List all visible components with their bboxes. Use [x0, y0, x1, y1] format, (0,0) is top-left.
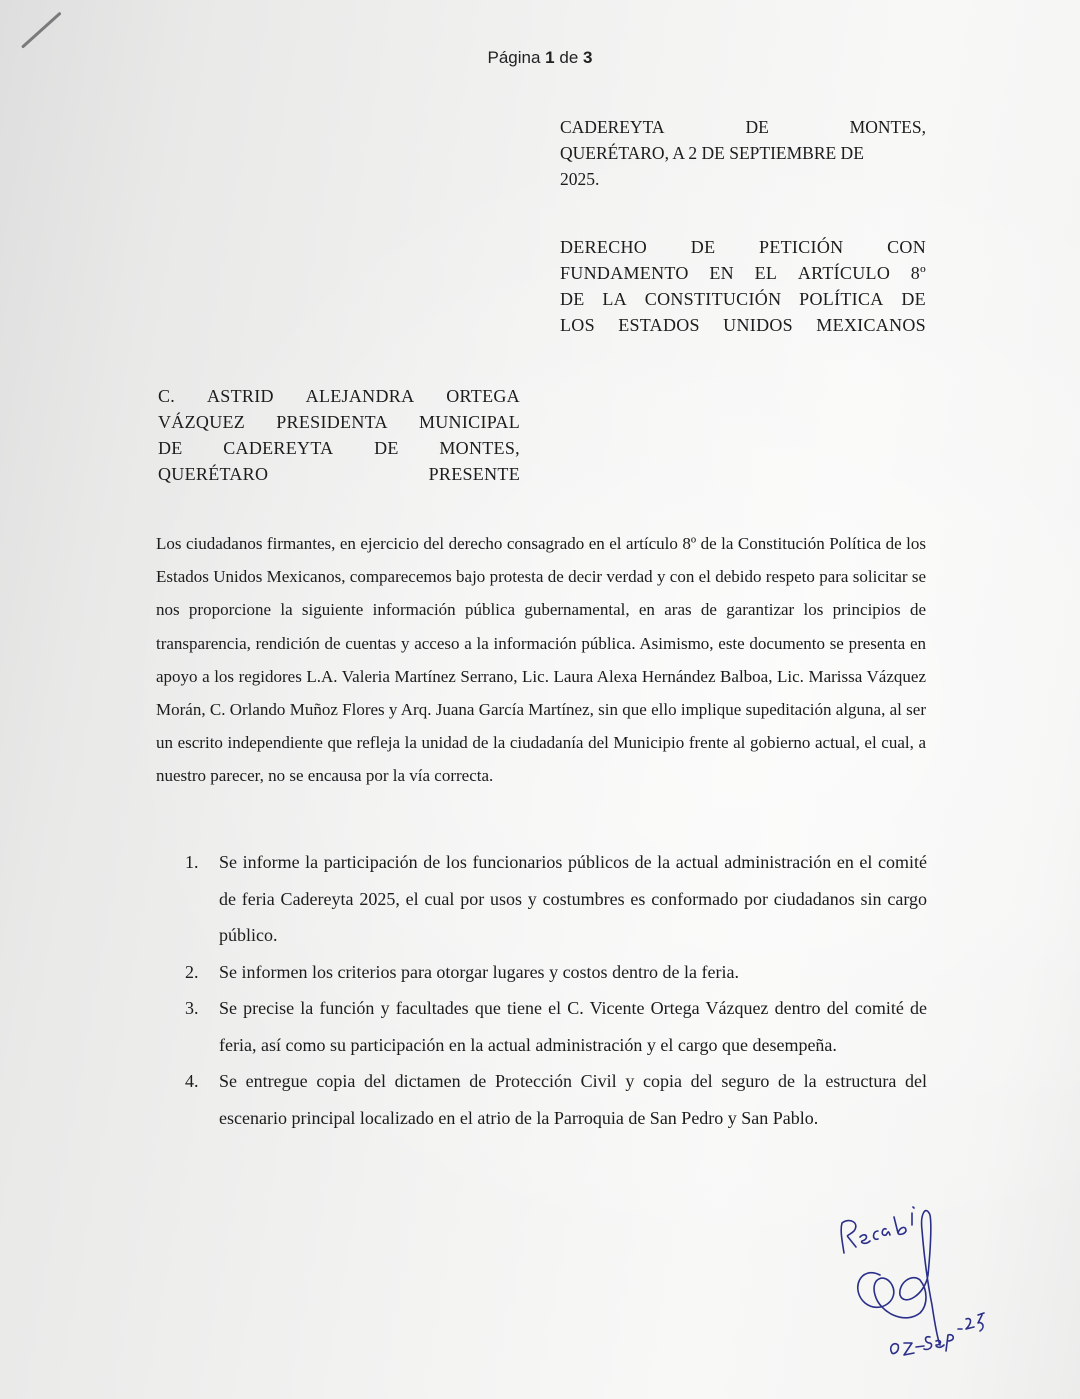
page-number: Página 1 de 3 — [0, 48, 1080, 68]
page-label: Página — [488, 48, 541, 67]
word: DE — [745, 114, 768, 140]
addressee-block: C.ASTRIDALEJANDRAORTEGAVÁZQUEZPRESIDENTA… — [158, 383, 520, 487]
word: CADEREYTA — [223, 435, 333, 461]
word: QUERÉTARO — [158, 461, 268, 487]
place-date-line-1: CADEREYTA DE MONTES, — [560, 114, 926, 140]
word: MEXICANOS — [816, 312, 926, 338]
document-subject: DERECHODEPETICIÓNCONFUNDAMENTOENELARTÍCU… — [560, 234, 926, 338]
word: ALEJANDRA — [306, 383, 415, 409]
word: POLÍTICA — [799, 286, 883, 312]
request-number: 4. — [185, 1063, 219, 1136]
word: DE — [560, 286, 585, 312]
staple-mark — [21, 12, 62, 49]
request-text: Se informen los criterios para otorgar l… — [219, 954, 927, 991]
word: CONSTITUCIÓN — [645, 286, 782, 312]
page-of: de — [559, 48, 578, 67]
word: CON — [887, 234, 926, 260]
word: VÁZQUEZ — [158, 409, 245, 435]
addressee-line-2: VÁZQUEZPRESIDENTAMUNICIPAL — [158, 409, 520, 435]
word: 8º — [911, 260, 926, 286]
request-text: Se informe la participación de los funci… — [219, 844, 927, 954]
word: DE — [374, 435, 399, 461]
word: C. — [158, 383, 175, 409]
subject-line-4: LOSESTADOSUNIDOSMEXICANOS — [560, 312, 926, 338]
request-number: 3. — [185, 990, 219, 1063]
word: FUNDAMENTO — [560, 260, 689, 286]
addressee-line-1: C.ASTRIDALEJANDRAORTEGA — [158, 383, 520, 409]
addressee-line-3: DECADEREYTADEMONTES, — [158, 435, 520, 461]
requests-list: 1.Se informe la participación de los fun… — [185, 844, 927, 1136]
subject-line-2: FUNDAMENTOENELARTÍCULO8º — [560, 260, 926, 286]
word: DE — [691, 234, 716, 260]
request-item: 3.Se precise la función y facultades que… — [185, 990, 927, 1063]
page-current: 1 — [545, 48, 554, 67]
addressee-line-4: QUERÉTAROPRESENTE — [158, 461, 520, 487]
request-number: 1. — [185, 844, 219, 954]
word: UNIDOS — [723, 312, 793, 338]
place-date-line-2: QUERÉTARO, A 2 DE SEPTIEMBRE DE — [560, 140, 926, 166]
word: CADEREYTA — [560, 114, 665, 140]
request-text: Se entregue copia del dictamen de Protec… — [219, 1063, 927, 1136]
request-number: 2. — [185, 954, 219, 991]
word: ARTÍCULO — [798, 260, 890, 286]
request-item: 1.Se informe la participación de los fun… — [185, 844, 927, 954]
word: PRESIDENTA — [276, 409, 388, 435]
word: ASTRID — [207, 383, 274, 409]
request-text: Se precise la función y facultades que t… — [219, 990, 927, 1063]
word: MUNICIPAL — [419, 409, 520, 435]
word: PRESENTE — [429, 461, 520, 487]
word: LOS — [560, 312, 595, 338]
word: MONTES, — [850, 114, 926, 140]
place-date-line-3: 2025. — [560, 166, 926, 192]
page-total: 3 — [583, 48, 592, 67]
word: PETICIÓN — [759, 234, 843, 260]
recibi-handwriting — [841, 1207, 914, 1253]
word: ORTEGA — [446, 383, 520, 409]
word: ESTADOS — [618, 312, 700, 338]
word: DE — [901, 286, 926, 312]
word: DE — [158, 435, 183, 461]
word: EL — [755, 260, 778, 286]
received-signature-stamp — [820, 1195, 1020, 1375]
body-paragraph: Los ciudadanos firmantes, en ejercicio d… — [156, 527, 926, 793]
word: DERECHO — [560, 234, 647, 260]
request-item: 2.Se informen los criterios para otorgar… — [185, 954, 927, 991]
subject-line-1: DERECHODEPETICIÓNCON — [560, 234, 926, 260]
word: LA — [602, 286, 627, 312]
subject-line-3: DELACONSTITUCIÓNPOLÍTICADE — [560, 286, 926, 312]
word: MONTES, — [439, 435, 520, 461]
place-and-date: CADEREYTA DE MONTES, QUERÉTARO, A 2 DE S… — [560, 114, 926, 192]
word: EN — [709, 260, 734, 286]
request-item: 4.Se entregue copia del dictamen de Prot… — [185, 1063, 927, 1136]
